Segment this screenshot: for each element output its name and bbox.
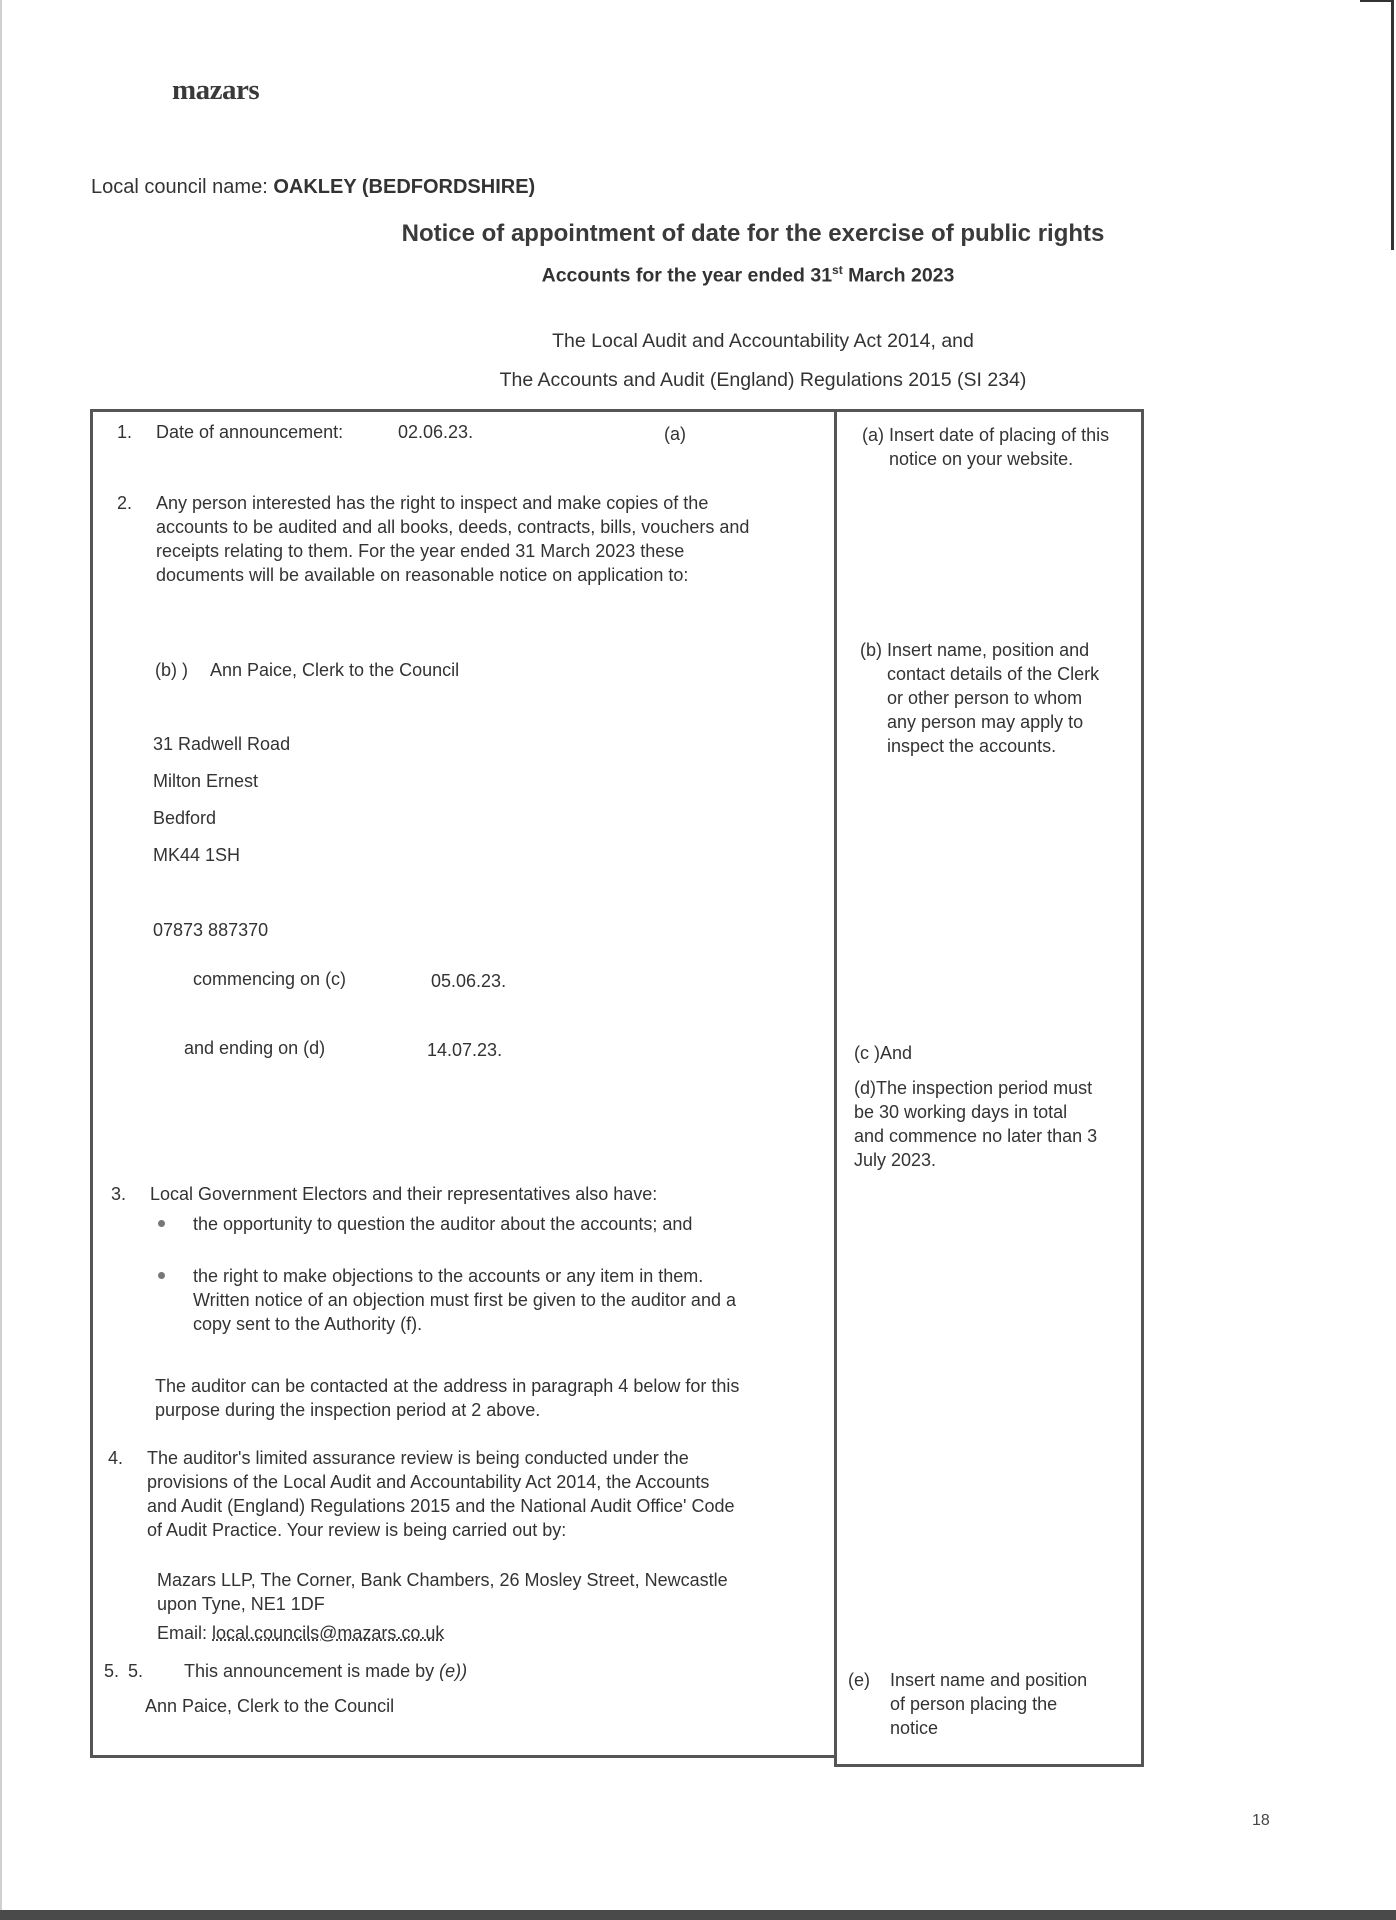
item-2-number: 2. <box>117 491 132 515</box>
item-4-line: of Audit Practice. Your review is being … <box>147 1518 566 1542</box>
bullet-icon <box>158 1272 165 1279</box>
council-label: Local council name: <box>91 176 268 198</box>
scan-bottom-edge <box>0 1910 1396 1920</box>
item-1-ref: (a) <box>664 422 686 446</box>
item-5-inner-number: 5. <box>128 1659 143 1683</box>
auditor-contact-note: The auditor can be contacted at the addr… <box>155 1374 739 1398</box>
note-b: inspect the accounts. <box>887 734 1056 758</box>
ending-date: 14.07.23. <box>427 1038 502 1062</box>
note-d: and commence no later than 3 <box>854 1124 1097 1148</box>
item-2-line: accounts to be audited and all books, de… <box>156 515 749 539</box>
item-3-bullet-2: Written notice of an objection must firs… <box>193 1288 736 1312</box>
item-4-number: 4. <box>108 1446 123 1470</box>
notice-main-column <box>90 409 835 1758</box>
item-5-number: 5. <box>104 1659 119 1683</box>
address-line: MK44 1SH <box>153 843 240 867</box>
auditor-address: Mazars LLP, The Corner, Bank Chambers, 2… <box>157 1568 728 1592</box>
council-name-line: Local council name: OAKLEY (BEDFORDSHIRE… <box>91 176 535 199</box>
note-b: or other person to whom <box>887 686 1082 710</box>
auditor-email-link[interactable]: local.councils@mazars.co.uk <box>212 1623 444 1643</box>
page-title: Notice of appointment of date for the ex… <box>0 220 1396 248</box>
item-3-intro: Local Government Electors and their repr… <box>150 1182 657 1206</box>
item-2-line: receipts relating to them. For the year … <box>156 539 684 563</box>
announcement-date: 02.06.23. <box>398 420 473 444</box>
note-a: notice on your website. <box>889 447 1073 471</box>
note-c: (c )And <box>854 1041 912 1065</box>
contact-name: Ann Paice, Clerk to the Council <box>210 658 459 682</box>
bullet-icon <box>158 1220 165 1227</box>
note-a: (a) Insert date of placing of this <box>862 423 1109 447</box>
contact-ref: (b) ) <box>155 658 188 682</box>
note-d: (d)The inspection period must <box>854 1076 1092 1100</box>
page-subtitle: Accounts for the year ended 31st March 2… <box>0 263 1396 288</box>
note-d: July 2023. <box>854 1148 936 1172</box>
item-4-line: and Audit (England) Regulations 2015 and… <box>147 1494 735 1518</box>
scan-edge-top <box>1360 0 1394 2</box>
ending-label: and ending on (d) <box>184 1036 325 1060</box>
item-3-bullet-2: copy sent to the Authority (f). <box>193 1312 422 1336</box>
note-b: (b) Insert name, position and <box>860 638 1089 662</box>
item-1-number: 1. <box>117 420 132 444</box>
note-b: contact details of the Clerk <box>887 662 1099 686</box>
auditor-contact-note: purpose during the inspection period at … <box>155 1398 540 1422</box>
commencing-date: 05.06.23. <box>431 969 506 993</box>
act-reference-2: The Accounts and Audit (England) Regulat… <box>0 369 1396 392</box>
email-label: Email: <box>157 1623 212 1643</box>
address-line: Bedford <box>153 806 216 830</box>
scan-left-edge <box>0 0 2 1920</box>
note-d: be 30 working days in total <box>854 1100 1067 1124</box>
scan-right-edge <box>1391 0 1394 250</box>
item-1-label: Date of announcement: <box>156 420 343 444</box>
council-name: OAKLEY (BEDFORDSHIRE) <box>273 176 535 198</box>
note-e: of person placing the <box>890 1692 1057 1716</box>
note-e-ref: (e) <box>848 1668 870 1692</box>
address-line: Milton Ernest <box>153 769 258 793</box>
item-2-line: documents will be available on reasonabl… <box>156 563 688 587</box>
item-3-bullet-1: the opportunity to question the auditor … <box>193 1212 692 1236</box>
mazars-logo: mazars <box>172 74 259 107</box>
commencing-label: commencing on (c) <box>193 967 346 991</box>
item-3-bullet-2: the right to make objections to the acco… <box>193 1264 703 1288</box>
auditor-address: upon Tyne, NE1 1DF <box>157 1592 325 1616</box>
item-5-text: This announcement is made by (e)) <box>184 1659 467 1683</box>
item-4-line: provisions of the Local Audit and Accoun… <box>147 1470 709 1494</box>
note-e: Insert name and position <box>890 1668 1087 1692</box>
contact-phone: 07873 887370 <box>153 918 268 942</box>
note-b: any person may apply to <box>887 710 1083 734</box>
item-3-number: 3. <box>111 1182 126 1206</box>
announcer-name: Ann Paice, Clerk to the Council <box>145 1694 394 1718</box>
page-number: 18 <box>1252 1812 1270 1830</box>
item-4-line: The auditor's limited assurance review i… <box>147 1446 689 1470</box>
act-reference-1: The Local Audit and Accountability Act 2… <box>0 330 1396 353</box>
item-2-line: Any person interested has the right to i… <box>156 491 708 515</box>
note-e: notice <box>890 1716 938 1740</box>
address-line: 31 Radwell Road <box>153 732 290 756</box>
auditor-email-line: Email: local.councils@mazars.co.uk <box>157 1621 444 1645</box>
